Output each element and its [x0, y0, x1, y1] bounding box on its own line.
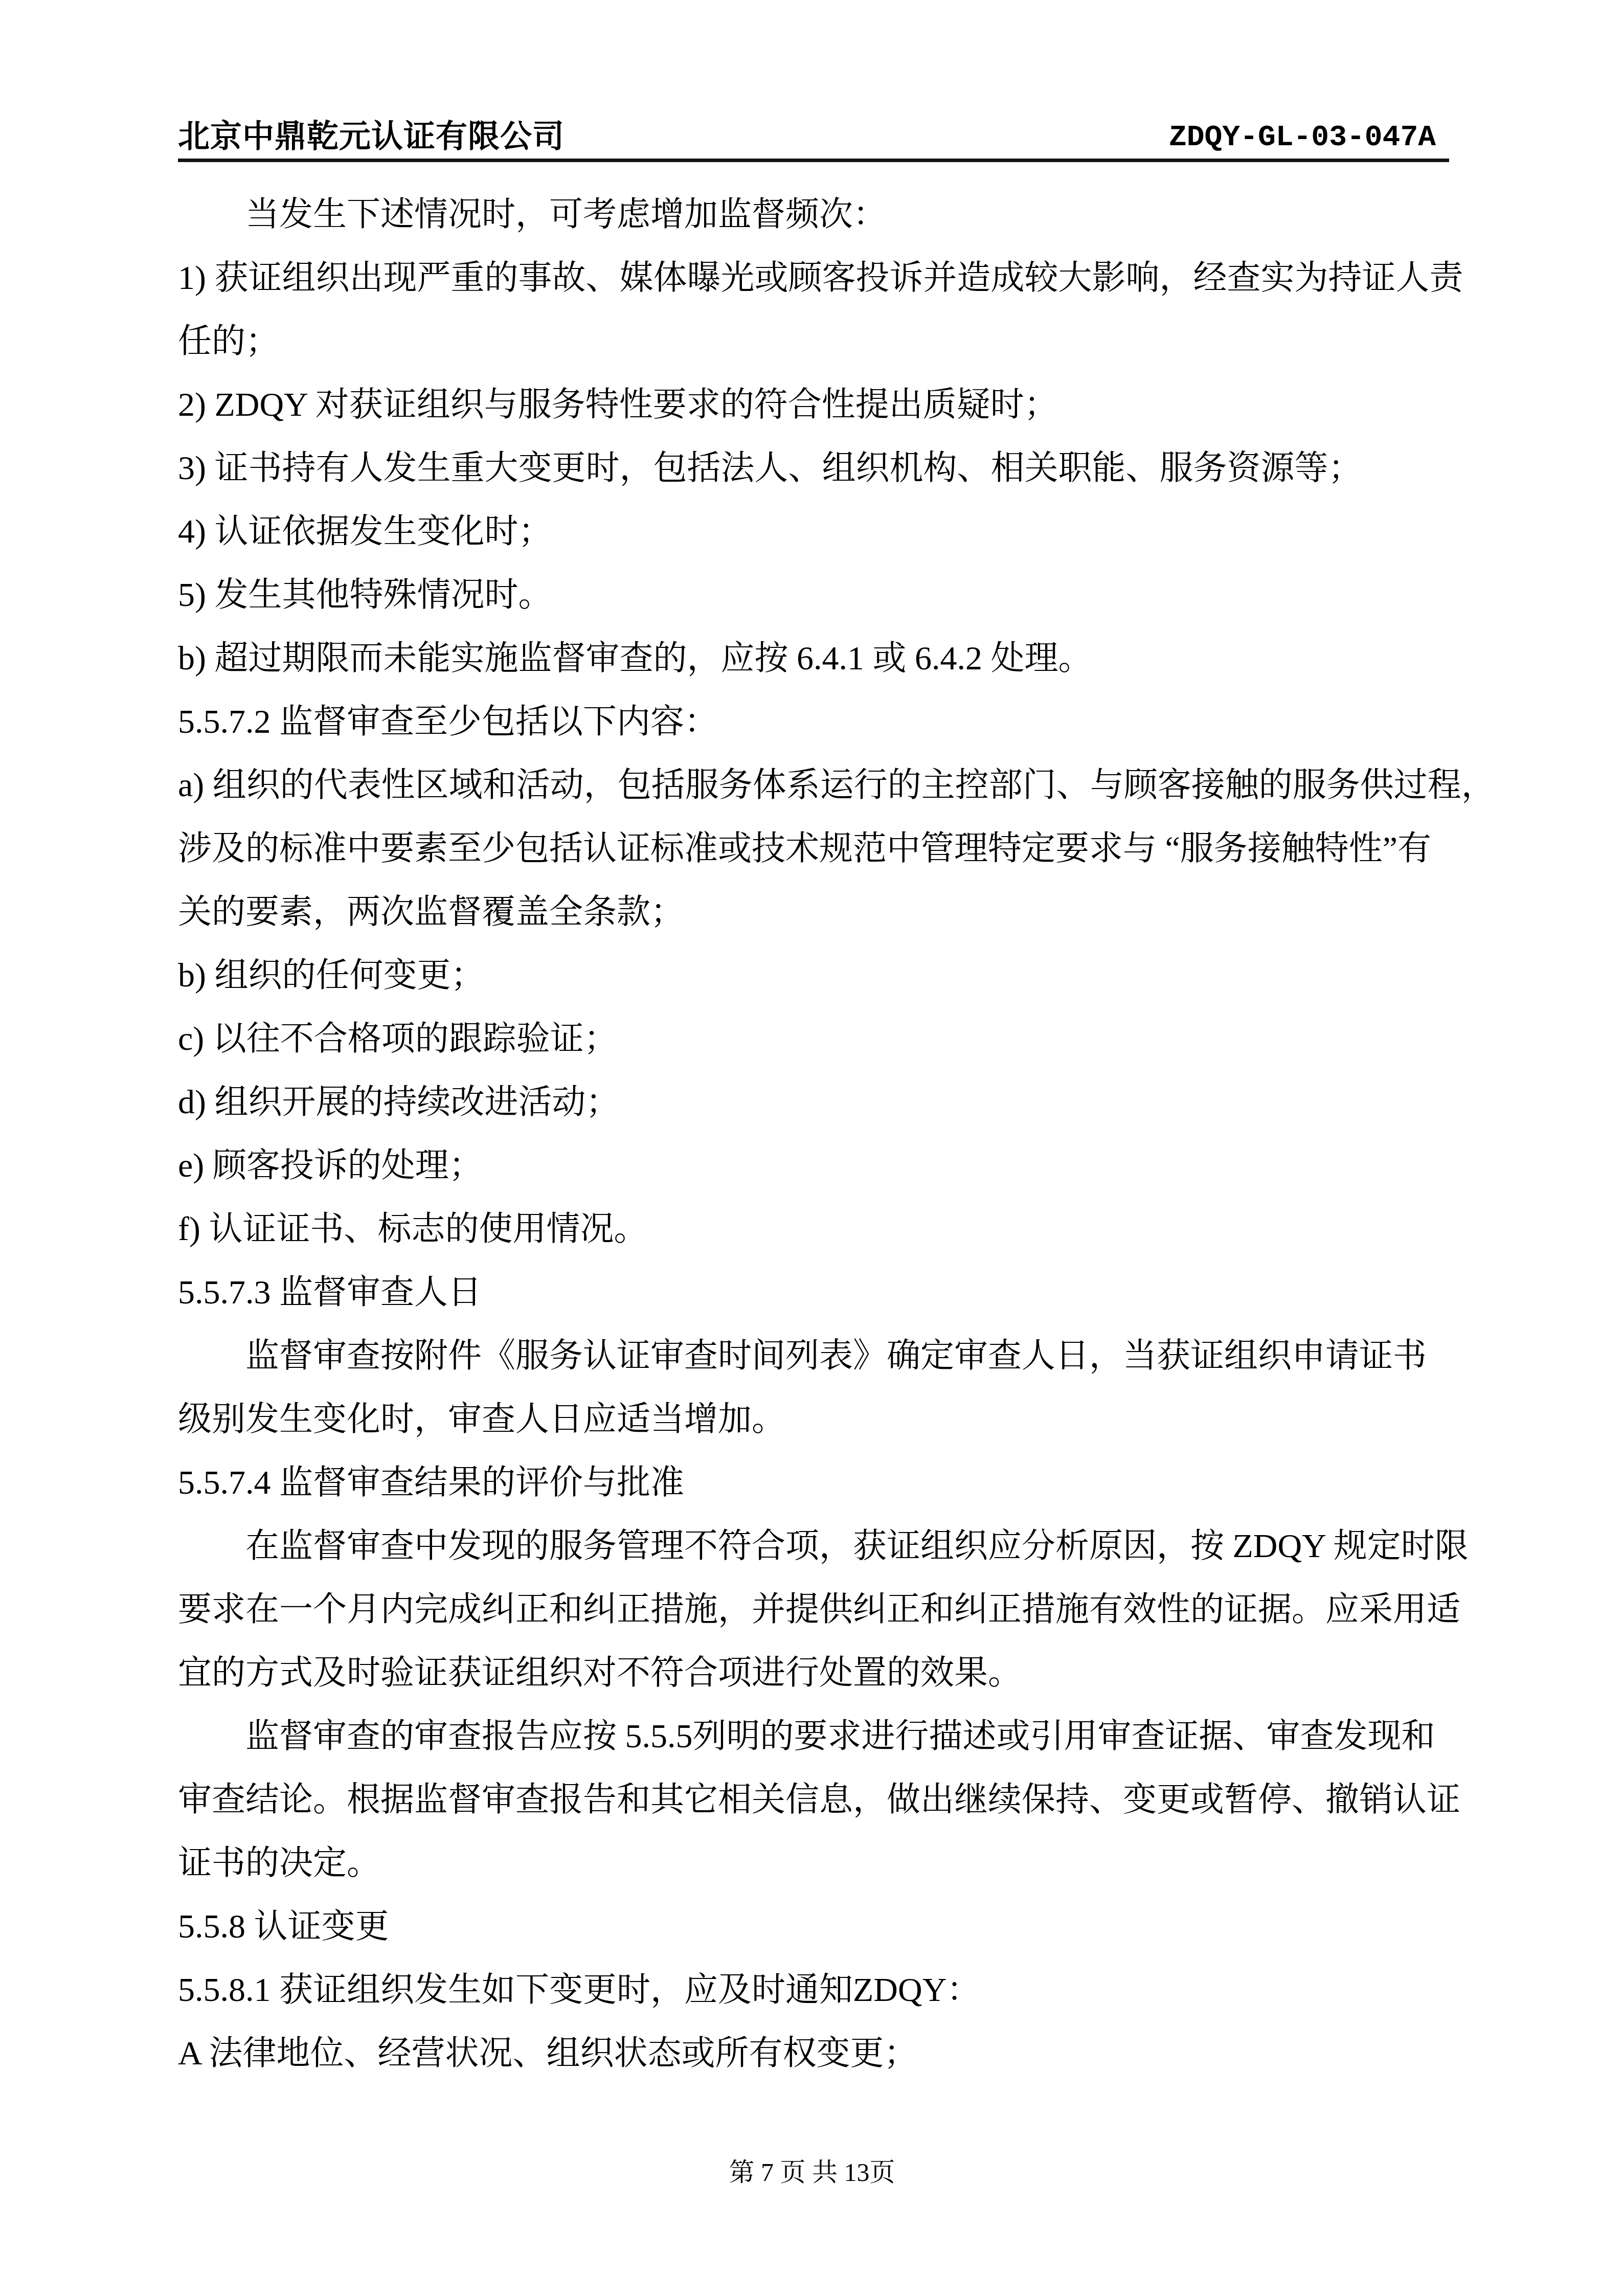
- text-line: e) 顾客投诉的处理；: [178, 1134, 1449, 1198]
- text-line: 审查结论。根据监督审查报告和其它相关信息，做出继续保持、变更或暂停、撤销认证: [178, 1768, 1449, 1832]
- text-line: 任的；: [178, 310, 1449, 373]
- text-line: b) 组织的任何变更；: [178, 944, 1449, 1007]
- text-line: 在监督审查中发现的服务管理不符合项，获证组织应分析原因，按 ZDQY 规定时限: [178, 1515, 1449, 1578]
- text-line: 当发生下述情况时，可考虑增加监督频次：: [178, 183, 1449, 246]
- text-line: 3) 证书持有人发生重大变更时，包括法人、组织机构、相关职能、服务资源等；: [178, 437, 1449, 500]
- page-header: 北京中鼎乾元认证有限公司 ZDQY-GL-03-047A: [178, 121, 1449, 162]
- text-line: 宜的方式及时验证获证组织对不符合项进行处置的效果。: [178, 1641, 1449, 1705]
- text-line: 要求在一个月内完成纠正和纠正措施，并提供纠正和纠正措施有效性的证据。应采用适: [178, 1578, 1449, 1641]
- text-line: 证书的决定。: [178, 1832, 1449, 1895]
- text-line: 4) 认证依据发生变化时；: [178, 500, 1449, 564]
- text-line: c) 以往不合格项的跟踪验证；: [178, 1007, 1449, 1071]
- text-line: 5) 发生其他特殊情况时。: [178, 564, 1449, 627]
- text-line: 2) ZDQY 对获证组织与服务特性要求的符合性提出质疑时；: [178, 373, 1449, 437]
- text-line: 监督审查的审查报告应按 5.5.5列明的要求进行描述或引用审查证据、审查发现和: [178, 1705, 1449, 1768]
- section-heading: 5.5.7.4 监督审查结果的评价与批准: [178, 1451, 1449, 1515]
- text-line: 监督审查按附件《服务认证审查时间列表》确定审查人日，当获证组织申请证书: [178, 1324, 1449, 1388]
- text-line: 1) 获证组织出现严重的事故、媒体曝光或顾客投诉并造成较大影响，经查实为持证人责: [178, 246, 1449, 310]
- text-line: d) 组织开展的持续改进活动；: [178, 1071, 1449, 1134]
- body-text: 当发生下述情况时，可考虑增加监督频次： 1) 获证组织出现严重的事故、媒体曝光或…: [178, 183, 1449, 2085]
- text-line: a) 组织的代表性区域和活动，包括服务体系运行的主控部门、与顾客接触的服务供过程…: [178, 754, 1449, 817]
- document-code: ZDQY-GL-03-047A: [1169, 123, 1449, 153]
- section-heading: 5.5.7.2 监督审查至少包括以下内容：: [178, 690, 1449, 754]
- text-line: 涉及的标准中要素至少包括认证标准或技术规范中管理特定要求与 “服务接触特性”有: [178, 817, 1449, 881]
- page-number-footer: 第 7 页 共 13页: [0, 2148, 1624, 2197]
- section-heading: 5.5.8.1 获证组织发生如下变更时，应及时通知ZDQY：: [178, 1959, 1449, 2022]
- text-line: A 法律地位、经营状况、组织状态或所有权变更；: [178, 2022, 1449, 2085]
- text-line: 关的要素，两次监督覆盖全条款；: [178, 881, 1449, 944]
- text-line: f) 认证证书、标志的使用情况。: [178, 1198, 1449, 1261]
- section-heading: 5.5.8 认证变更: [178, 1895, 1449, 1959]
- text-line: b) 超过期限而未能实施监督审查的，应按 6.4.1 或 6.4.2 处理。: [178, 627, 1449, 690]
- document-page: 北京中鼎乾元认证有限公司 ZDQY-GL-03-047A 当发生下述情况时，可考…: [0, 0, 1624, 2296]
- company-name: 北京中鼎乾元认证有限公司: [178, 121, 565, 153]
- section-heading: 5.5.7.3 监督审查人日: [178, 1261, 1449, 1324]
- text-line: 级别发生变化时，审查人日应适当增加。: [178, 1388, 1449, 1451]
